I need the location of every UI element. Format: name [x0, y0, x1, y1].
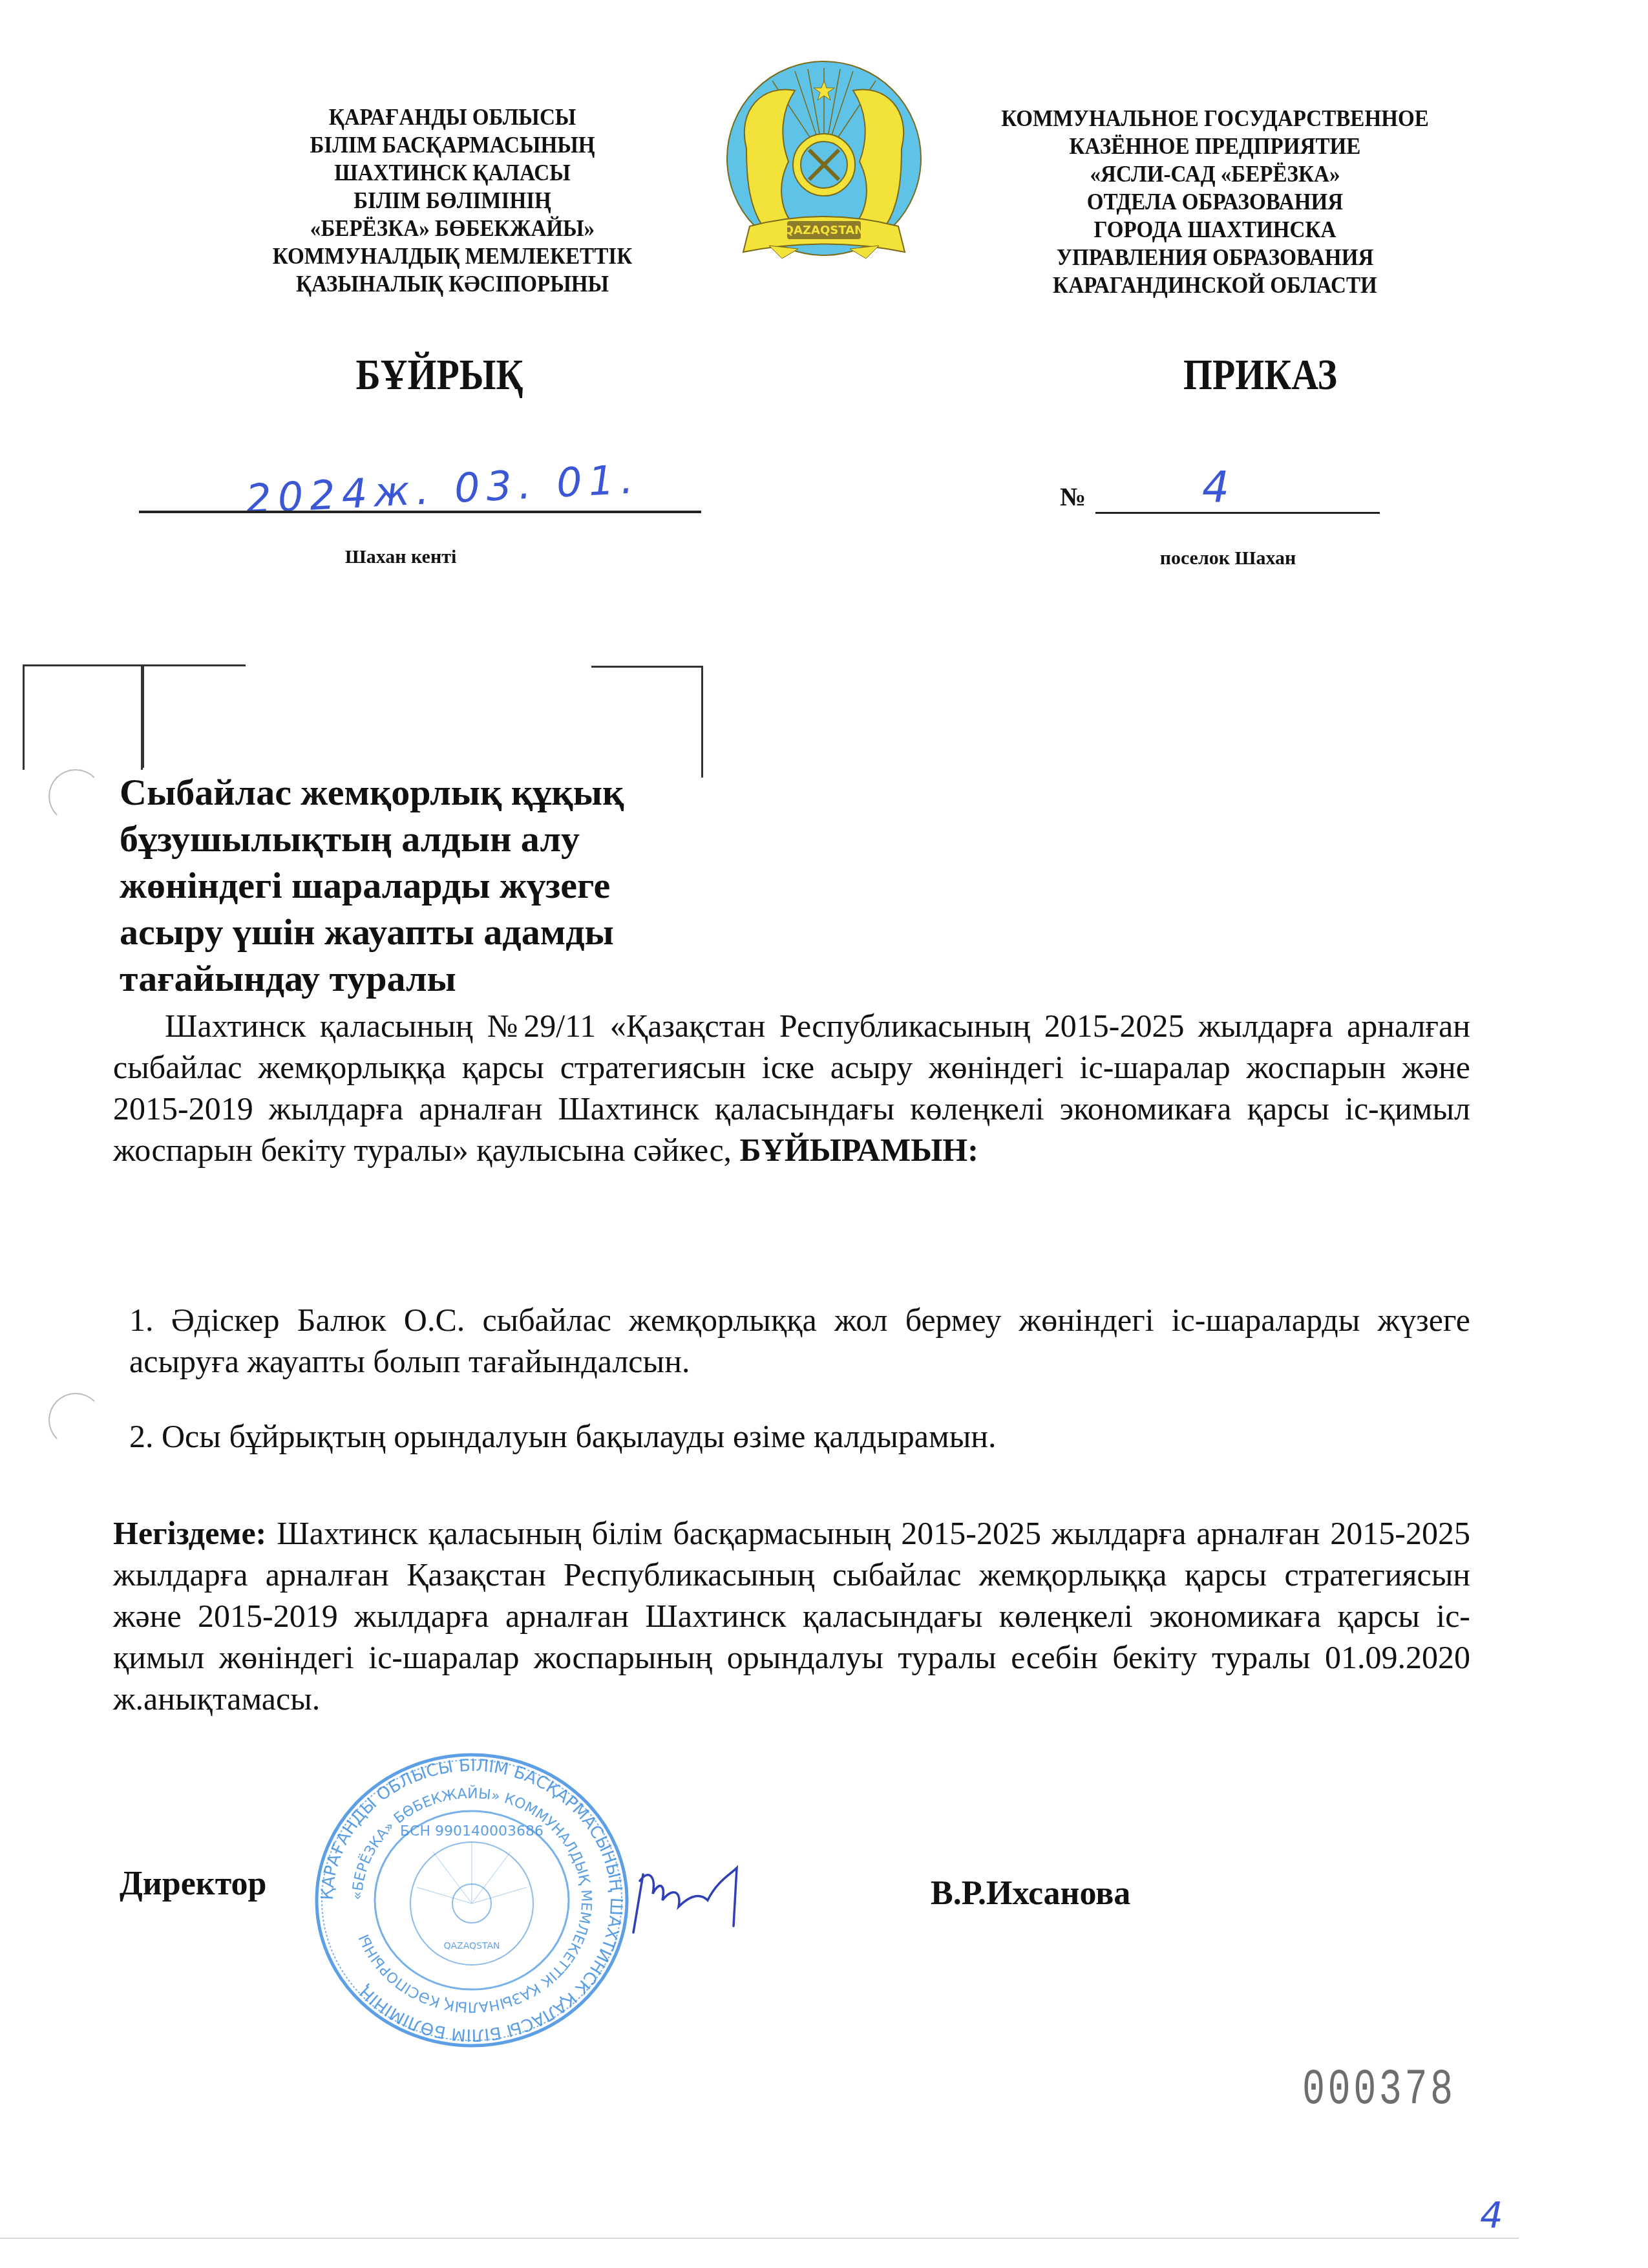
svg-text:QAZAQSTAN: QAZAQSTAN — [784, 224, 864, 237]
org-line: КАРАГАНДИНСКОЙ ОБЛАСТИ — [953, 271, 1477, 299]
org-line: «БЕРЁЗКА» БӨБЕКЖАЙЫ» — [209, 215, 696, 242]
org-header-russian: КОММУНАЛЬНОЕ ГОСУДАРСТВЕННОЕ КАЗЁННОЕ ПР… — [953, 105, 1477, 299]
subject-bracket-top — [142, 664, 246, 666]
number-label: № — [1060, 482, 1086, 512]
org-line: ГОРОДА ШАХТИНСКА — [953, 216, 1477, 244]
basis-paragraph: Негіздеме: Шахтинск қаласының білім басқ… — [113, 1512, 1470, 1719]
svg-text:БСН 990140003686: БСН 990140003686 — [400, 1823, 544, 1839]
subject-line: асыру үшін жауапты адамды — [120, 909, 675, 955]
org-line: ҚАЗЫНАЛЫҚ КӘСІПОРЫНЫ — [209, 270, 696, 298]
subject-line: бұзушылықтың алдын алу — [120, 816, 675, 862]
org-line: КОММУНАЛДЫҚ МЕМЛЕКЕТТІК — [209, 242, 696, 270]
org-line: «ЯСЛИ-САД «БЕРЁЗКА» — [953, 160, 1477, 188]
org-header-kazakh: ҚАРАҒАНДЫ ОБЛЫСЫ БІЛІМ БАСҚАРМАСЫНЫҢ ШАХ… — [209, 103, 696, 298]
directive-word: БҰЙЫРАМЫН: — [740, 1132, 978, 1168]
subject-bracket-left-inner — [142, 664, 144, 768]
serial-number: 000378 — [1302, 2062, 1456, 2119]
page-number-handwritten: 4 — [1480, 2194, 1503, 2236]
order-items: 1. Әдіскер Балюк О.С. сыбайлас жемқорлық… — [113, 1299, 1470, 1457]
order-item: 1. Әдіскер Балюк О.С. сыбайлас жемқорлық… — [113, 1299, 1470, 1382]
order-item: 2. Осы бұйрықтың орындалуын бақылауды өз… — [113, 1415, 1470, 1457]
state-emblem-icon: QAZAQSTAN — [711, 52, 937, 278]
punch-hole-mark — [48, 1393, 103, 1447]
svg-text:QAZAQSTAN: QAZAQSTAN — [444, 1941, 500, 1951]
org-line: ШАХТИНСК ҚАЛАСЫ — [209, 159, 696, 187]
order-subject: Сыбайлас жемқорлық құқық бұзушылықтың ал… — [120, 769, 675, 1002]
signatory-name: В.Р.Ихсанова — [931, 1874, 1130, 1913]
place-kazakh: Шахан кенті — [259, 546, 543, 568]
org-line: ОТДЕЛА ОБРАЗОВАНИЯ — [953, 188, 1477, 216]
doc-type-kazakh: БҰЙРЫҚ — [308, 349, 571, 400]
date-underline — [139, 511, 701, 513]
subject-line: Сыбайлас жемқорлық құқық — [120, 769, 675, 816]
subject-bracket-right — [591, 666, 703, 778]
place-russian: поселок Шахан — [1086, 547, 1370, 569]
signatory-role: Директор — [120, 1865, 266, 1903]
number-underline — [1095, 512, 1380, 514]
subject-bracket-left-outer — [23, 664, 143, 770]
subject-line: жөніндегі шараларды жүзеге — [120, 862, 675, 909]
number-handwritten: 4 — [1202, 462, 1229, 512]
preamble-paragraph: Шахтинск қаласының №29/11 «Қазақстан Рес… — [113, 1005, 1470, 1171]
org-line: ҚАРАҒАНДЫ ОБЛЫСЫ — [209, 103, 696, 131]
org-line: КОММУНАЛЬНОЕ ГОСУДАРСТВЕННОЕ — [953, 105, 1477, 132]
org-line: УПРАВЛЕНИЯ ОБРАЗОВАНИЯ — [953, 244, 1477, 271]
org-line: БІЛІМ БӨЛІМІНІҢ — [209, 187, 696, 215]
punch-hole-mark — [48, 769, 103, 823]
official-stamp: ҚАРАҒАНДЫ ОБЛЫСЫ БІЛІМ БАСҚАРМАСЫНЫҢ ШАХ… — [304, 1745, 640, 2055]
doc-type-russian: ПРИКАЗ — [1123, 349, 1398, 400]
basis-label: Негіздеме: — [113, 1515, 266, 1551]
subject-line: тағайындау туралы — [120, 955, 675, 1002]
org-line: БІЛІМ БАСҚАРМАСЫНЫҢ — [209, 131, 696, 159]
page-edge-line — [0, 2238, 1519, 2239]
handwritten-signature-icon — [620, 1855, 782, 1939]
org-line: КАЗЁННОЕ ПРЕДПРИЯТИЕ — [953, 132, 1477, 160]
basis-text: Шахтинск қаласының білім басқармасының 2… — [113, 1515, 1470, 1717]
